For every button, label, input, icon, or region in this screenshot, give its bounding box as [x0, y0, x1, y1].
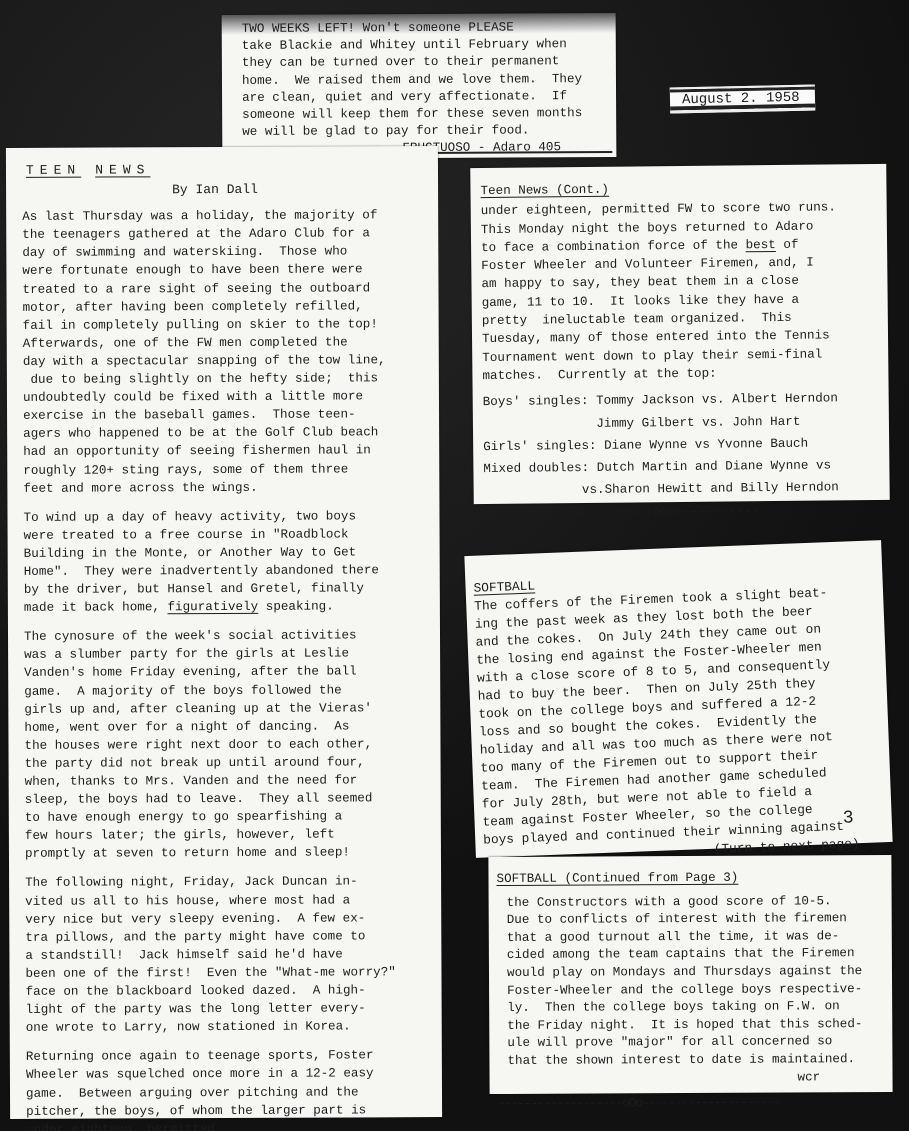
text-line: ly. Then the college boys taking on F.W.…	[507, 998, 892, 1018]
tennis-match-row: Boys' singles: Tommy Jackson vs. Albert …	[483, 389, 889, 412]
tennis-standings: Boys' singles: Tommy Jackson vs. Albert …	[483, 389, 890, 501]
teen-news-title: TEENNEWS	[26, 161, 165, 180]
text-line: home, went over for a night of dancing. …	[24, 717, 440, 737]
text-line: day with a spectacular snapping of the t…	[23, 351, 439, 371]
text-line: girls up and, after cleaning up at the V…	[24, 699, 440, 719]
article-paragraph: Returning once again to teenage sports, …	[26, 1046, 442, 1131]
text-line: treated to a rare sight of seeing the ou…	[22, 279, 438, 299]
text-line: Foster-Wheeler and the college boys resp…	[507, 981, 892, 1001]
text-line: take Blackie and Whitey until February w…	[242, 36, 616, 55]
text-line: were fortunate enough to have been there…	[22, 261, 438, 281]
text-line: been one of the first! Even the "What-me…	[25, 963, 441, 983]
text-line: cided among the team captains that the F…	[507, 945, 892, 965]
article-paragraph: As last Thursday was a holiday, the majo…	[22, 206, 439, 497]
text-line: TWO WEEKS LEFT! Won't someone PLEASE	[242, 19, 616, 38]
text-line: Vanden's home Friday evening, after the …	[24, 662, 440, 682]
text-line: that the shown interest to date is maint…	[507, 1051, 892, 1071]
text-line: game. Between arguing over pitching and …	[26, 1083, 442, 1103]
softball-body: The coffers of the Firemen took a slight…	[474, 582, 892, 850]
text-line: the party did not break up until around …	[25, 753, 441, 773]
tennis-match-row: vs.Sharon Hewitt and Billy Herndon	[484, 478, 890, 501]
text-line: roughly 120+ sting rays, some of them th…	[23, 460, 439, 480]
teen-news-title-word: NEWS	[95, 162, 150, 177]
notice-body: TWO WEEKS LEFT! Won't someone PLEASEtake…	[242, 19, 617, 141]
text-line: made it back home, figuratively speaking…	[24, 597, 440, 617]
text-line: they can be turned over to their permane…	[242, 53, 616, 72]
article-paragraph: The following night, Friday, Jack Duncan…	[25, 873, 442, 1038]
text-line: motor, after having been completely refi…	[23, 297, 439, 317]
tennis-match-row: Jimmy Gilbert vs. John Hart	[483, 411, 889, 434]
tennis-match-row: Girls' singles: Diane Wynne vs Yvonne Ba…	[483, 434, 889, 457]
softball-continued-heading: SOFTBALL (Continued from Page 3)	[496, 869, 891, 889]
teen-news-continued-body: under eighteen, permitted FW to score tw…	[481, 198, 889, 385]
date-label: August 2. 1958	[670, 84, 816, 113]
text-line: fail in completely pulling on skier to t…	[23, 315, 439, 335]
text-line: had an opportunity of seeing fishermen h…	[23, 441, 439, 461]
text-line: tra pillows, and the party might have co…	[25, 927, 441, 947]
text-line: exercise in the baseball games. Those te…	[23, 405, 439, 425]
teen-news-continued-heading: Teen News (Cont.)	[480, 178, 886, 201]
text-line: As last Thursday was a holiday, the majo…	[22, 206, 438, 226]
teen-news-continued-clipping: Teen News (Cont.) under eighteen, permit…	[470, 164, 889, 504]
text-line: the teenagers gathered at the Adaro Club…	[22, 224, 438, 244]
text-line: a standstill! Jack himself said he'd hav…	[25, 945, 441, 965]
text-line: few hours later; the girls, however, lef…	[25, 825, 441, 845]
text-line: face on the blackboard looked dazed. A h…	[26, 981, 442, 1001]
notice-clipping: TWO WEEKS LEFT! Won't someone PLEASEtake…	[222, 13, 617, 159]
tennis-match-row: Mixed doubles: Dutch Martin and Diane Wy…	[483, 456, 889, 479]
text-line: light of the party was the long letter e…	[26, 999, 442, 1019]
text-line: Afterwards, one of the FW men completed …	[23, 333, 439, 353]
text-line: Building in the Monte, or Another Way to…	[24, 543, 440, 563]
text-line: The following night, Friday, Jack Duncan…	[25, 873, 441, 893]
softball-continued-clipping: SOFTBALL (Continued from Page 3) the Con…	[488, 855, 892, 1094]
text-line: agers who happened to be at the Golf Clu…	[23, 423, 439, 443]
text-line: To wind up a day of heavy activity, two …	[23, 507, 439, 527]
text-line: day of swimming and waterskiing. Those w…	[22, 242, 438, 262]
text-line: when, thanks to Mrs. Vanden and the need…	[25, 771, 441, 791]
text-line: Returning once again to teenage sports, …	[26, 1046, 442, 1066]
text-line: to have enough energy to go spearfishing…	[25, 807, 441, 827]
text-line: we will be glad to pay for their food.	[242, 122, 616, 141]
text-line: pitcher, the boys, of whom the larger pa…	[26, 1101, 442, 1121]
text-line: one wrote to Larry, now stationed in Kor…	[26, 1017, 442, 1037]
text-line: was a slumber party for the girls at Les…	[24, 644, 440, 664]
teen-news-clipping: TEENNEWS By Ian Dall As last Thursday wa…	[6, 146, 442, 1119]
page-number: 3	[843, 809, 854, 827]
article-paragraph: The cynosure of the week's social activi…	[24, 626, 441, 863]
teen-news-body: As last Thursday was a holiday, the majo…	[22, 206, 442, 1131]
author-initials: wcr	[498, 1068, 893, 1088]
teen-news-byline: By Ian Dall	[22, 180, 438, 200]
text-line: due to being slightly on the hefty side;…	[23, 369, 439, 389]
text-line: someone will keep them for these seven m…	[242, 105, 616, 124]
section-divider: -------------------oOo------------------…	[498, 1094, 893, 1114]
text-line: would play on Mondays and Thursdays agai…	[507, 963, 892, 983]
teen-news-title-word: TEEN	[26, 163, 81, 178]
text-line: ule will prove "major" for all concerned…	[507, 1033, 892, 1053]
article-paragraph: To wind up a day of heavy activity, two …	[23, 507, 439, 617]
text-line: that a good turnout all the time, it was…	[507, 928, 892, 948]
softball-clipping: SOFTBALL The coffers of the Firemen took…	[464, 540, 892, 858]
text-line: vited us all to his house, where most ha…	[25, 891, 441, 911]
text-line: were treated to a free course in "Roadbl…	[24, 525, 440, 545]
text-line: the houses were right next door to each …	[24, 735, 440, 755]
text-line: under eighteen, permitted	[26, 1119, 442, 1131]
text-line: by the driver, but Hansel and Gretel, fi…	[24, 579, 440, 599]
text-line: very nice but very sleepy evening. A few…	[25, 909, 441, 929]
text-line: the Friday night. It is hoped that this …	[507, 1016, 892, 1036]
text-line: undoubtedly could be fixed with a little…	[23, 387, 439, 407]
text-line: The cynosure of the week's social activi…	[24, 626, 440, 646]
text-line: home. We raised them and we love them. T…	[242, 71, 616, 90]
text-line: matches. Currently at the top:	[482, 363, 888, 386]
text-line: Wheeler was squelched once more in a 12-…	[26, 1064, 442, 1084]
text-line: sleep, the boys had to leave. They all s…	[25, 789, 441, 809]
text-line: feet and more across the wings.	[23, 478, 439, 498]
text-line: promptly at seven to return home and sle…	[25, 843, 441, 863]
text-line: game. A majority of the boys followed th…	[24, 681, 440, 701]
text-line: Due to conflicts of interest with the fi…	[507, 910, 892, 930]
softball-continued-body: the Constructors with a good score of 10…	[497, 893, 893, 1071]
text-line: are clean, quiet and very affectionate. …	[242, 88, 616, 107]
text-line: the Constructors with a good score of 10…	[507, 893, 892, 913]
text-line: Home". They were inadvertently abandoned…	[24, 561, 440, 581]
